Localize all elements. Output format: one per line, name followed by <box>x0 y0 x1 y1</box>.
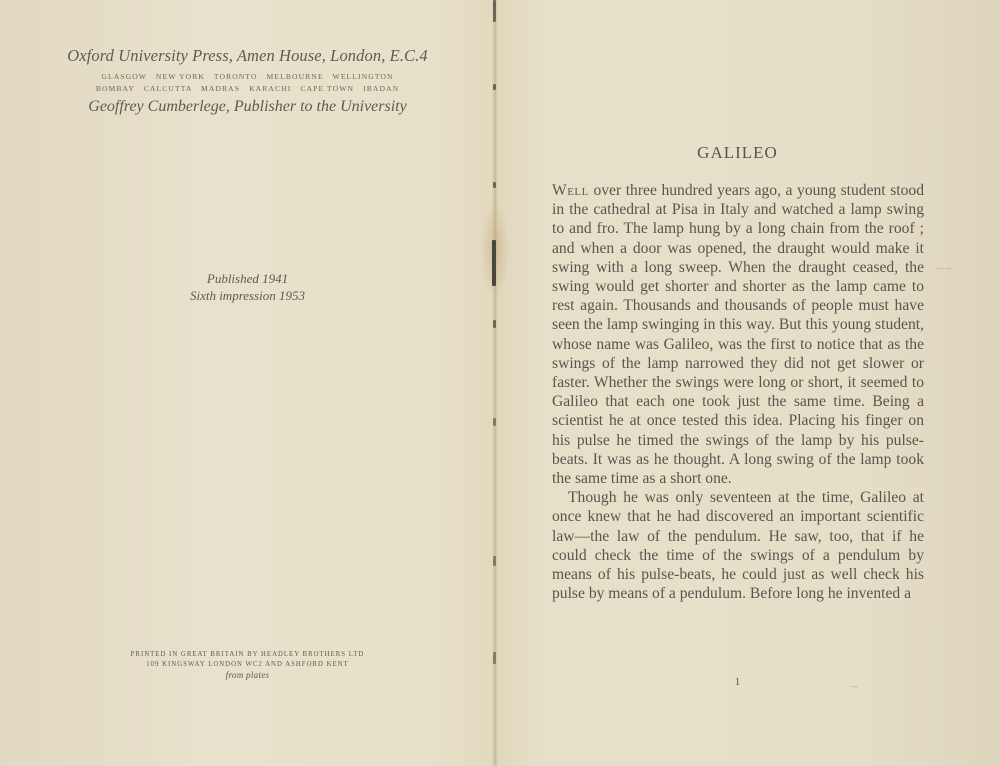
published-date: Published 1941 <box>0 270 495 287</box>
binding-stitch <box>493 0 496 22</box>
paragraph-1: Well over three hundred years ago, a you… <box>552 181 924 488</box>
pencil-mark: ~ <box>850 680 859 693</box>
publisher-line: Oxford University Press, Amen House, Lon… <box>0 46 495 66</box>
cities-line-2: Bombay Calcutta Madras Karachi Cape Town… <box>0 84 495 93</box>
opening-word: Well <box>552 182 589 199</box>
binding-stitch <box>493 556 496 566</box>
book-spread: Oxford University Press, Amen House, Lon… <box>0 0 1000 766</box>
printer-line-2: 109 Kingsway London WC2 and Ashford Kent <box>0 660 495 670</box>
printer-line-3: from plates <box>0 670 495 680</box>
cities-line-1: Glasgow New York Toronto Melbourne Welli… <box>0 72 495 81</box>
chapter-title: GALILEO <box>550 143 925 163</box>
binding-stitch <box>493 182 496 188</box>
pencil-mark: ~~ <box>935 262 953 275</box>
binding-stitch <box>493 320 496 328</box>
printer-line-1: Printed in Great Britain by Headley Brot… <box>0 650 495 660</box>
publisher-credit: Geoffrey Cumberlege, Publisher to the Un… <box>0 98 495 116</box>
printer-info: Printed in Great Britain by Headley Brot… <box>0 650 495 680</box>
impression-date: Sixth impression 1953 <box>0 287 495 304</box>
paragraph-2: Though he was only seventeen at the time… <box>552 488 924 603</box>
publication-info: Published 1941 Sixth impression 1953 <box>0 270 495 304</box>
paragraph-1-text: over three hundred years ago, a young st… <box>552 182 924 487</box>
page-number: 1 <box>550 676 925 688</box>
chapter-body: Well over three hundred years ago, a you… <box>552 181 924 603</box>
binding-stitch <box>493 418 496 426</box>
